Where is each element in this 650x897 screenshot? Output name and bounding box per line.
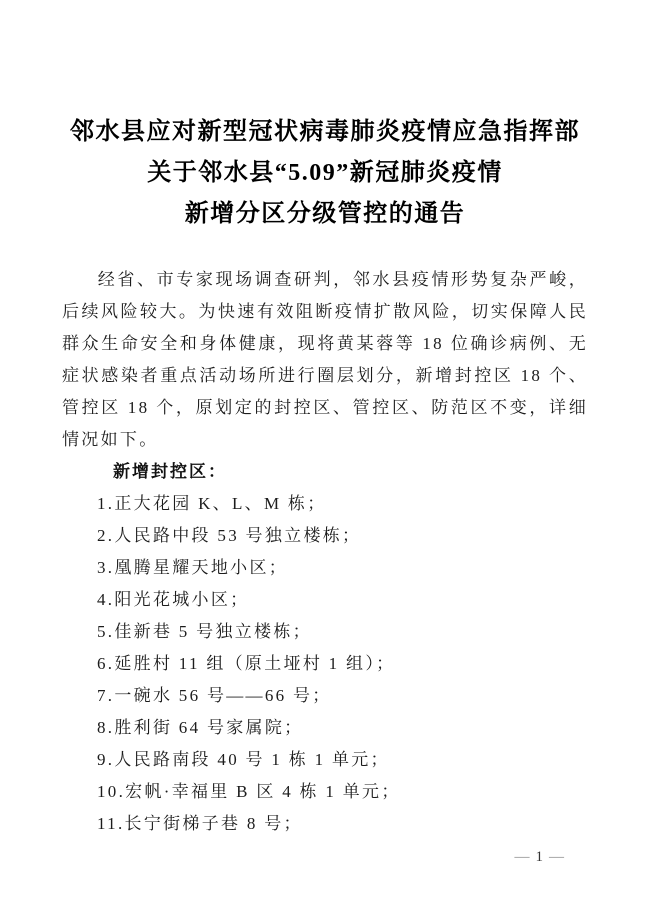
- title-line-1: 邻水县应对新型冠状病毒肺炎疫情应急指挥部: [62, 112, 588, 153]
- list-item: 5.佳新巷 5 号独立楼栋；: [62, 616, 588, 648]
- intro-paragraph: 经省、市专家现场调查研判，邻水县疫情形势复杂严峻，后续风险较大。为快速有效阻断疫…: [62, 264, 588, 456]
- page-number-value: 1: [536, 849, 544, 865]
- lockdown-zone-list: 1.正大花园 K、L、M 栋； 2.人民路中段 53 号独立楼栋； 3.凰腾星耀…: [62, 488, 588, 840]
- list-item: 2.人民路中段 53 号独立楼栋；: [62, 520, 588, 552]
- document-page: 邻水县应对新型冠状病毒肺炎疫情应急指挥部 关于邻水县“5.09”新冠肺炎疫情 新…: [0, 0, 650, 897]
- list-item: 9.人民路南段 40 号 1 栋 1 单元；: [62, 744, 588, 776]
- list-item: 6.延胜村 11 组（原土垭村 1 组）；: [62, 648, 588, 680]
- section-heading: 新增封控区：: [62, 456, 588, 488]
- list-item: 7.一碗水 56 号——66 号；: [62, 680, 588, 712]
- list-item: 10.宏帆·幸福里 B 区 4 栋 1 单元；: [62, 776, 588, 808]
- page-number-dash-right: —: [543, 849, 570, 865]
- title-line-2: 关于邻水县“5.09”新冠肺炎疫情: [62, 153, 588, 194]
- title-line-3: 新增分区分级管控的通告: [62, 194, 588, 235]
- page-number: —1—: [509, 845, 571, 869]
- list-item: 11.长宁街梯子巷 8 号；: [62, 808, 588, 840]
- list-item: 4.阳光花城小区；: [62, 584, 588, 616]
- document-title: 邻水县应对新型冠状病毒肺炎疫情应急指挥部 关于邻水县“5.09”新冠肺炎疫情 新…: [62, 112, 588, 235]
- list-item: 3.凰腾星耀天地小区；: [62, 552, 588, 584]
- list-item: 1.正大花园 K、L、M 栋；: [62, 488, 588, 520]
- list-item: 8.胜利街 64 号家属院；: [62, 712, 588, 744]
- page-number-dash-left: —: [509, 849, 536, 865]
